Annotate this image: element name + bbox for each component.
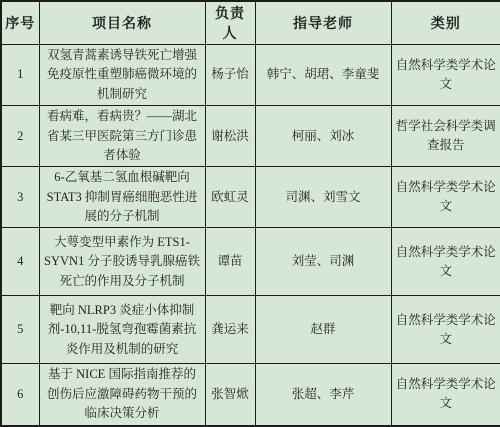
cell-project: 大萼变型甲素作为 ETS1-SYVN1 分子胶诱导乳腺癌铁死亡的作用及分子机制 — [39, 228, 205, 296]
cell-category: 自然科学类学术论文 — [391, 228, 500, 296]
header-project: 项目名称 — [39, 1, 205, 45]
cell-no: 1 — [1, 45, 39, 106]
cell-no: 4 — [1, 228, 39, 296]
header-category: 类别 — [391, 1, 500, 45]
table-row: 1 双氢青蒿素诱导铁死亡增强免疫原性重塑肺癌微环境的机制研究 杨子怡 韩宁、胡珺… — [1, 45, 500, 106]
cell-project: 基于 NICE 国际指南推荐的创伤后应激障碍药物干预的临床决策分析 — [39, 364, 205, 426]
cell-leader: 欧虹灵 — [205, 167, 255, 228]
header-no: 序号 — [1, 1, 39, 45]
cell-no: 3 — [1, 167, 39, 228]
project-roster-table: 序号 项目名称 负责人 指导老师 类别 1 双氢青蒿素诱导铁死亡增强免疫原性重塑… — [0, 0, 500, 427]
cell-advisors: 司渊、刘雪文 — [255, 167, 391, 228]
cell-advisors: 柯丽、刘冰 — [255, 106, 391, 167]
cell-category: 哲学社会科学类调查报告 — [391, 106, 500, 167]
cell-category: 自然科学类学术论文 — [391, 296, 500, 364]
cell-project: 双氢青蒿素诱导铁死亡增强免疫原性重塑肺癌微环境的机制研究 — [39, 45, 205, 106]
cell-leader: 龚运来 — [205, 296, 255, 364]
cell-advisors: 张超、李芹 — [255, 364, 391, 426]
header-advisors: 指导老师 — [255, 1, 391, 45]
cell-leader: 谢松洪 — [205, 106, 255, 167]
table-row: 3 6-乙氧基二氢血根碱靶向 STAT3 抑制胃癌细胞恶性进展的分子机制 欧虹灵… — [1, 167, 500, 228]
cell-leader: 张智焮 — [205, 364, 255, 426]
cell-project: 6-乙氧基二氢血根碱靶向 STAT3 抑制胃癌细胞恶性进展的分子机制 — [39, 167, 205, 228]
cell-leader: 谭苗 — [205, 228, 255, 296]
cell-no: 5 — [1, 296, 39, 364]
header-leader: 负责人 — [205, 1, 255, 45]
cell-leader: 杨子怡 — [205, 45, 255, 106]
table-row: 6 基于 NICE 国际指南推荐的创伤后应激障碍药物干预的临床决策分析 张智焮 … — [1, 364, 500, 426]
table-row: 5 靶向 NLRP3 炎症小体抑制剂-10,11-脱氢弯孢霉菌素抗炎作用及机制的… — [1, 296, 500, 364]
table-row: 4 大萼变型甲素作为 ETS1-SYVN1 分子胶诱导乳腺癌铁死亡的作用及分子机… — [1, 228, 500, 296]
cell-advisors: 韩宁、胡珺、李童斐 — [255, 45, 391, 106]
cell-category: 自然科学类学术论文 — [391, 364, 500, 426]
cell-advisors: 刘莹、司渊 — [255, 228, 391, 296]
header-row: 序号 项目名称 负责人 指导老师 类别 — [1, 1, 500, 45]
cell-project: 靶向 NLRP3 炎症小体抑制剂-10,11-脱氢弯孢霉菌素抗炎作用及机制的研究 — [39, 296, 205, 364]
table-row: 2 看病难，看病贵？——湖北省某三甲医院第三方门诊患者体验 谢松洪 柯丽、刘冰 … — [1, 106, 500, 167]
cell-no: 2 — [1, 106, 39, 167]
cell-no: 6 — [1, 364, 39, 426]
cell-advisors: 赵群 — [255, 296, 391, 364]
cell-category: 自然科学类学术论文 — [391, 45, 500, 106]
cell-category: 自然科学类学术论文 — [391, 167, 500, 228]
cell-project: 看病难，看病贵？——湖北省某三甲医院第三方门诊患者体验 — [39, 106, 205, 167]
